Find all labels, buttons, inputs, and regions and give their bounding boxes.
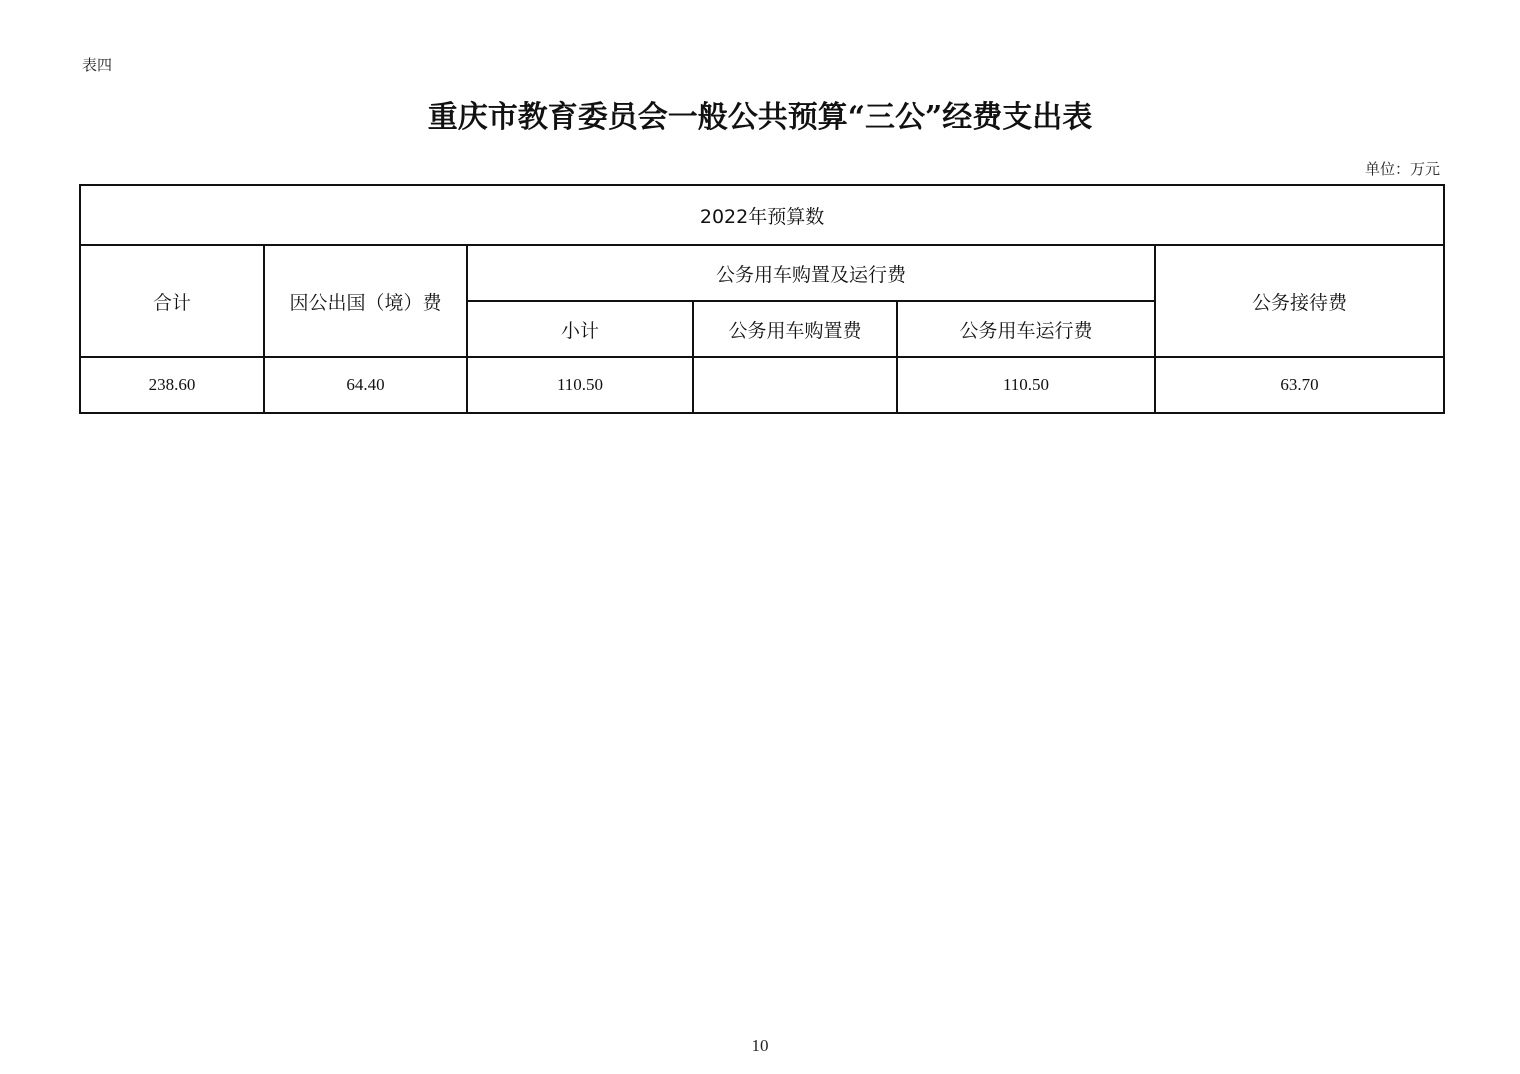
- header-vehicle-group: 公务用车购置及运行费: [467, 245, 1155, 301]
- unit-label: 单位：万元: [1365, 158, 1440, 179]
- header-overseas: 因公出国（境）费: [264, 245, 467, 357]
- header-vehicle-operation: 公务用车运行费: [897, 301, 1155, 357]
- page-number: 10: [0, 1036, 1520, 1056]
- cell-overseas: 64.40: [264, 357, 467, 413]
- header-reception: 公务接待费: [1155, 245, 1444, 357]
- three-public-expenses-table: 2022年预算数 合计 因公出国（境）费 公务用车购置及运行费 公务接待费 小计…: [79, 184, 1445, 414]
- cell-reception: 63.70: [1155, 357, 1444, 413]
- document-title: 重庆市教育委员会一般公共预算“三公”经费支出表: [0, 92, 1520, 136]
- cell-vehicle-purchase: [693, 357, 897, 413]
- cell-vehicle-operation: 110.50: [897, 357, 1155, 413]
- header-vehicle-purchase: 公务用车购置费: [693, 301, 897, 357]
- table-row: 238.60 64.40 110.50 110.50 63.70: [80, 357, 1444, 413]
- cell-total: 238.60: [80, 357, 264, 413]
- header-vehicle-subtotal: 小计: [467, 301, 693, 357]
- year-header-cell: 2022年预算数: [80, 185, 1444, 245]
- cell-vehicle-subtotal: 110.50: [467, 357, 693, 413]
- table-number-label: 表四: [82, 54, 112, 75]
- header-total: 合计: [80, 245, 264, 357]
- header-row-1: 合计 因公出国（境）费 公务用车购置及运行费 公务接待费: [80, 245, 1444, 301]
- year-header-row: 2022年预算数: [80, 185, 1444, 245]
